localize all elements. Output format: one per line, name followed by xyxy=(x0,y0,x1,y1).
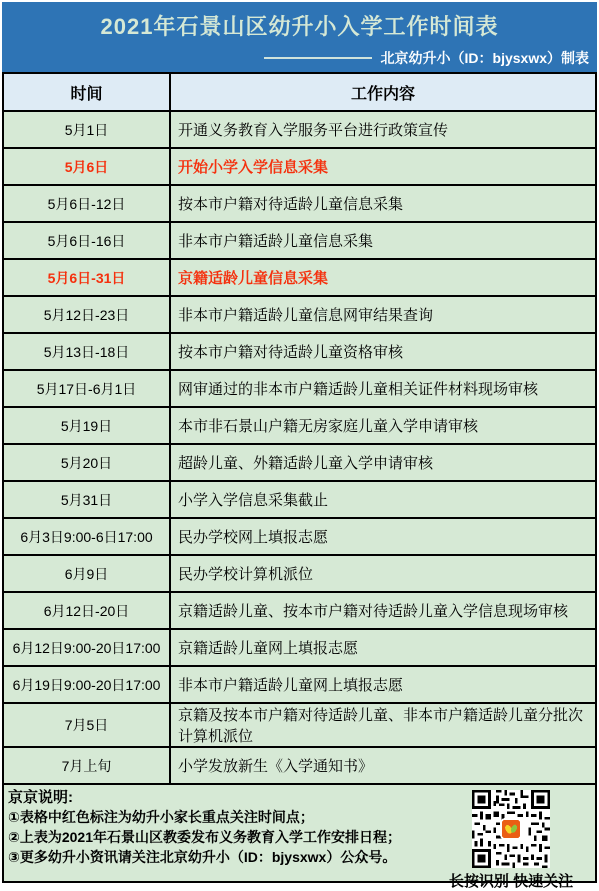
time-cell: 5月13日-18日 xyxy=(3,333,170,370)
time-cell: 6月19日9:00-20日17:00 xyxy=(3,666,170,703)
time-cell: 6月9日 xyxy=(3,555,170,592)
table-row: 5月6日-31日京籍适龄儿童信息采集 xyxy=(3,259,596,296)
notes-section: 京京说明: ①表格中红色标注为幼升小家长重点关注时间点； ②上表为2021年石景… xyxy=(2,785,597,883)
content-cell: 京籍适龄儿童网上填报志愿 xyxy=(170,629,596,666)
credit-row: 北京幼升小（ID：bjysxwx）制表 xyxy=(2,48,597,68)
table-row: 5月31日小学入学信息采集截止 xyxy=(3,481,596,518)
content-cell: 京籍及按本市户籍对待适龄儿童、非本市户籍适龄儿童分批次计算机派位 xyxy=(170,703,596,747)
content-cell: 超龄儿童、外籍适龄儿童入学申请审核 xyxy=(170,444,596,481)
time-cell: 5月12日-23日 xyxy=(3,296,170,333)
time-cell: 5月6日-16日 xyxy=(3,222,170,259)
notes-text-block: 京京说明: ①表格中红色标注为幼升小家长重点关注时间点； ②上表为2021年石景… xyxy=(4,785,427,881)
table-row: 6月19日9:00-20日17:00非本市户籍适龄儿童网上填报志愿 xyxy=(3,666,596,703)
time-cell: 5月6日 xyxy=(3,148,170,185)
content-cell: 按本市户籍对待适龄儿童信息采集 xyxy=(170,185,596,222)
content-cell: 开始小学入学信息采集 xyxy=(170,148,596,185)
table-header-row: 时间 工作内容 xyxy=(3,73,596,111)
note-item-1: ①表格中红色标注为幼升小家长重点关注时间点； xyxy=(8,808,423,828)
time-cell: 5月6日-31日 xyxy=(3,259,170,296)
page-title: 2021年石景山区幼升小入学工作时间表 xyxy=(2,10,597,41)
credit-dash-line xyxy=(264,57,372,59)
time-cell: 5月20日 xyxy=(3,444,170,481)
content-column-header: 工作内容 xyxy=(170,73,596,111)
table-row: 5月6日开始小学入学信息采集 xyxy=(3,148,596,185)
time-cell: 5月17日-6月1日 xyxy=(3,370,170,407)
schedule-table: 时间 工作内容 5月1日开通义务教育入学服务平台进行政策宣传 5月6日开始小学入… xyxy=(2,72,597,785)
content-cell: 非本市户籍适龄儿童信息采集 xyxy=(170,222,596,259)
table-row: 6月12日-20日京籍适龄儿童、按本市户籍对待适龄儿童入学信息现场审核 xyxy=(3,592,596,629)
table-row: 6月12日9:00-20日17:00京籍适龄儿童网上填报志愿 xyxy=(3,629,596,666)
content-cell: 民办学校网上填报志愿 xyxy=(170,518,596,555)
content-cell: 非本市户籍适龄儿童信息网审结果查询 xyxy=(170,296,596,333)
qr-code-icon xyxy=(472,790,550,868)
qr-code-svg xyxy=(472,790,550,868)
time-cell: 5月19日 xyxy=(3,407,170,444)
table-row: 5月17日-6月1日网审通过的非本市户籍适龄儿童相关证件材料现场审核 xyxy=(3,370,596,407)
time-column-header: 时间 xyxy=(3,73,170,111)
note-item-3: ③更多幼升小资讯请关注北京幼升小（ID：bjysxwx）公众号。 xyxy=(8,848,423,868)
table-row: 5月12日-23日非本市户籍适龄儿童信息网审结果查询 xyxy=(3,296,596,333)
time-cell: 7月上旬 xyxy=(3,747,170,784)
table-row: 7月5日京籍及按本市户籍对待适龄儿童、非本市户籍适龄儿童分批次计算机派位 xyxy=(3,703,596,747)
content-cell: 网审通过的非本市户籍适龄儿童相关证件材料现场审核 xyxy=(170,370,596,407)
content-cell: 民办学校计算机派位 xyxy=(170,555,596,592)
table-row: 5月13日-18日按本市户籍对待适龄儿童资格审核 xyxy=(3,333,596,370)
content-cell: 小学发放新生《入学通知书》 xyxy=(170,747,596,784)
credit-text: 北京幼升小（ID：bjysxwx）制表 xyxy=(381,48,589,68)
notes-title: 京京说明: xyxy=(8,788,423,808)
table-row: 6月9日民办学校计算机派位 xyxy=(3,555,596,592)
table-row: 5月20日超龄儿童、外籍适龄儿童入学申请审核 xyxy=(3,444,596,481)
content-cell: 京籍适龄儿童、按本市户籍对待适龄儿童入学信息现场审核 xyxy=(170,592,596,629)
time-cell: 6月12日9:00-20日17:00 xyxy=(3,629,170,666)
content-cell: 非本市户籍适龄儿童网上填报志愿 xyxy=(170,666,596,703)
time-cell: 5月6日-12日 xyxy=(3,185,170,222)
time-cell: 5月31日 xyxy=(3,481,170,518)
qr-block: 长按识别 快速关注 xyxy=(427,785,595,881)
content-cell: 京籍适龄儿童信息采集 xyxy=(170,259,596,296)
content-cell: 开通义务教育入学服务平台进行政策宣传 xyxy=(170,111,596,148)
table-row: 5月6日-16日非本市户籍适龄儿童信息采集 xyxy=(3,222,596,259)
content-cell: 本市非石景山户籍无房家庭儿童入学申请审核 xyxy=(170,407,596,444)
qr-caption: 长按识别 快速关注 xyxy=(449,870,573,891)
header-banner: 2021年石景山区幼升小入学工作时间表 北京幼升小（ID：bjysxwx）制表 xyxy=(2,2,597,72)
table-row: 5月19日本市非石景山户籍无房家庭儿童入学申请审核 xyxy=(3,407,596,444)
note-item-2: ②上表为2021年石景山区教委发布义务教育入学工作安排日程； xyxy=(8,828,423,848)
content-cell: 按本市户籍对待适龄儿童资格审核 xyxy=(170,333,596,370)
time-cell: 7月5日 xyxy=(3,703,170,747)
time-cell: 6月3日9:00-6日17:00 xyxy=(3,518,170,555)
content-cell: 小学入学信息采集截止 xyxy=(170,481,596,518)
table-row: 5月6日-12日按本市户籍对待适龄儿童信息采集 xyxy=(3,185,596,222)
time-cell: 6月12日-20日 xyxy=(3,592,170,629)
table-row: 6月3日9:00-6日17:00民办学校网上填报志愿 xyxy=(3,518,596,555)
table-row: 7月上旬小学发放新生《入学通知书》 xyxy=(3,747,596,784)
time-cell: 5月1日 xyxy=(3,111,170,148)
table-row: 5月1日开通义务教育入学服务平台进行政策宣传 xyxy=(3,111,596,148)
